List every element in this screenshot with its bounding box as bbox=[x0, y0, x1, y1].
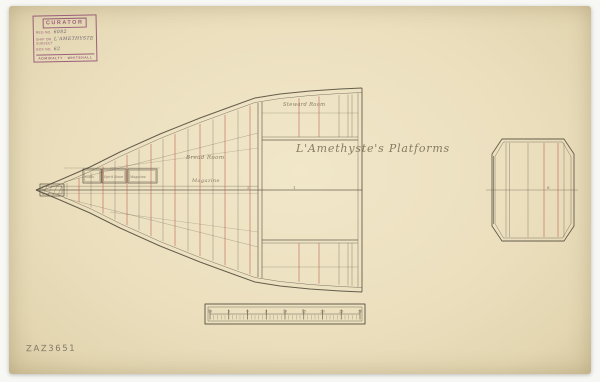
ship-subject-label: Ship or Subject bbox=[36, 38, 52, 46]
stamp-header: CURATOR bbox=[43, 18, 87, 29]
ship-subject-value: L'AMETHYSTE bbox=[54, 36, 94, 42]
reg-no-label: Reg No. bbox=[36, 31, 52, 35]
box-no-value: 62 bbox=[54, 48, 61, 53]
reg-no-value: 6082 bbox=[54, 30, 67, 35]
scanned-plan-photo: 105051015202530 L'Amethyste's Platforms … bbox=[0, 0, 600, 382]
curator-stamp: CURATOR Reg No. 6082 Ship or Subject L'A… bbox=[33, 14, 98, 63]
archive-reference-number: ZAZ3651 bbox=[26, 344, 76, 355]
admiralty-whitehall-label: ADMIRALTY · WHITEHALL bbox=[36, 54, 94, 61]
box-no-label: Box No. bbox=[36, 49, 52, 53]
